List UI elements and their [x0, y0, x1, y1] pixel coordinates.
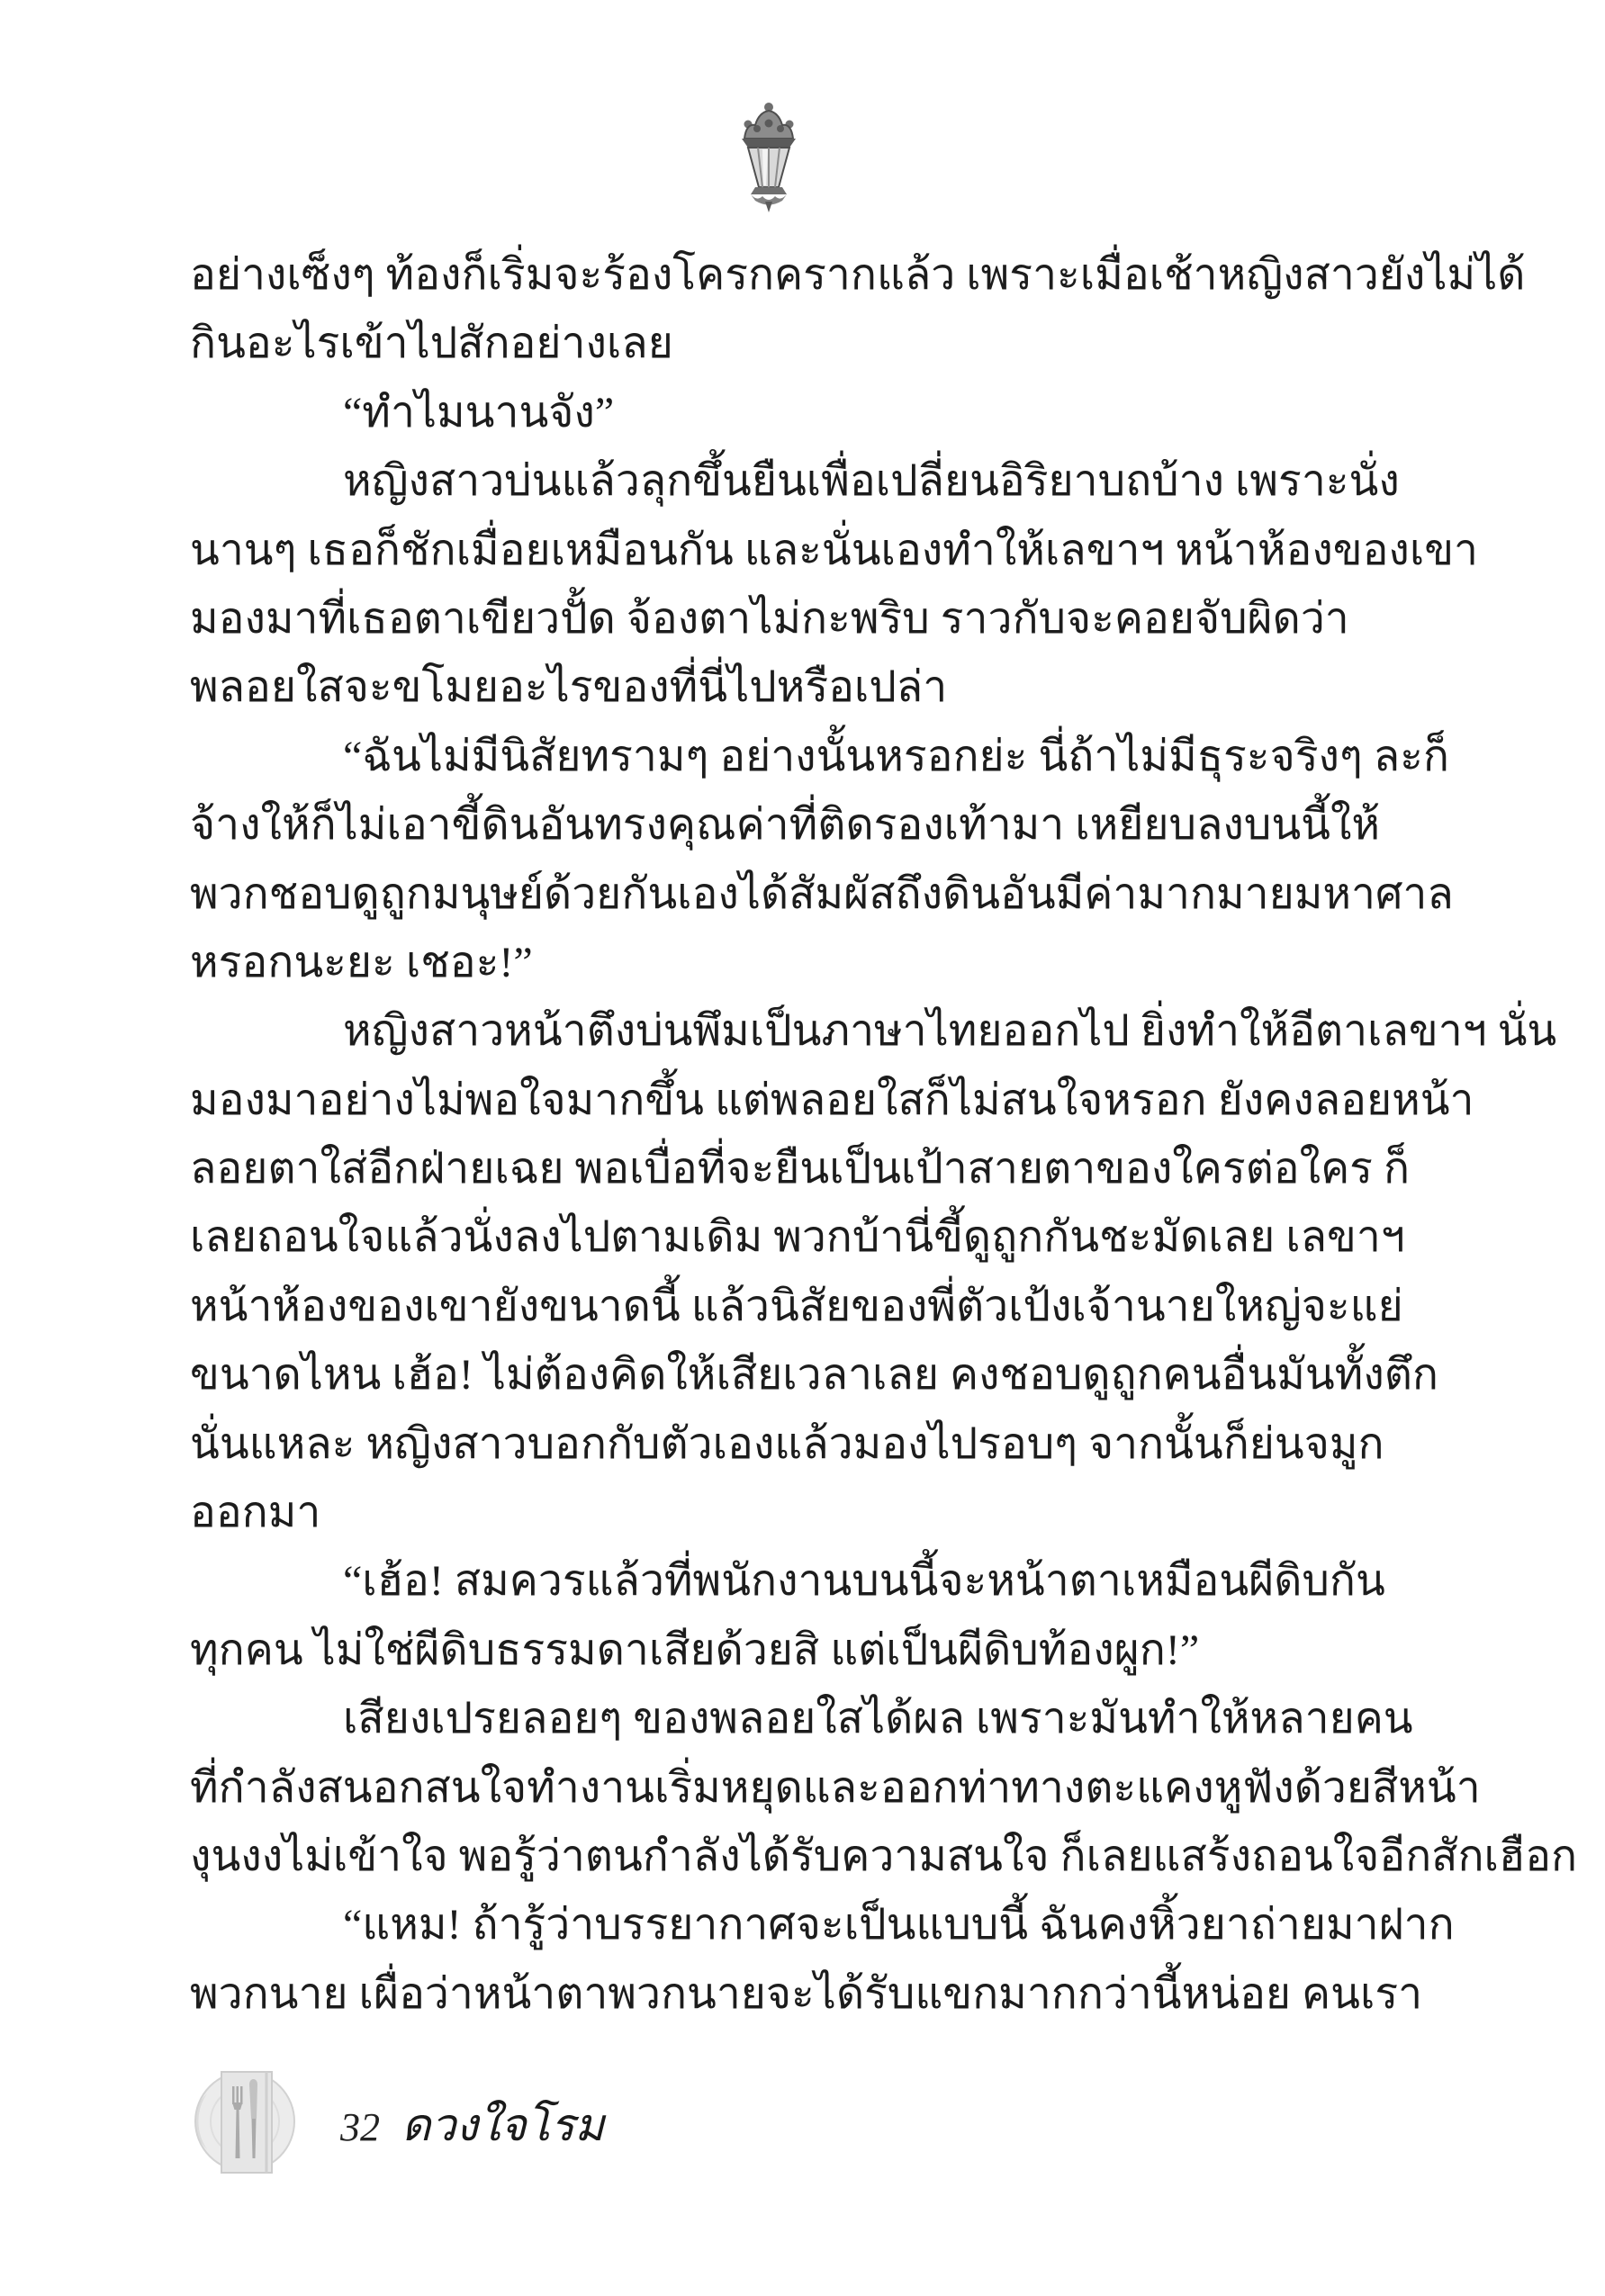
text-line: กินอะไรเข้าไปสักอย่างเลย [190, 310, 1335, 378]
text-line: นานๆ เธอก็ชักเมื่อยเหมือนกัน และนั่นเองท… [190, 517, 1335, 585]
book-title: ดวงใจโรม [401, 2097, 604, 2153]
text-line: อย่างเซ็งๆ ท้องก็เริ่มจะร้องโครกครากแล้ว… [190, 241, 1335, 310]
text-line: พวกชอบดูถูกมนุษย์ด้วยกันเองได้สัมผัสถึงด… [190, 860, 1335, 929]
text-line: หญิงสาวหน้าตึงบ่นพึมเป็นภาษาไทยออกไป ยิ่… [190, 997, 1335, 1066]
page-number: 32 [340, 2102, 380, 2153]
text-line: ขนาดไหน เฮ้อ! ไม่ต้องคิดให้เสียเวลาเลย ค… [190, 1341, 1335, 1409]
text-line: เลยถอนใจแล้วนั่งลงไปตามเดิม พวกบ้านี่ขี้… [190, 1203, 1335, 1272]
plate-cutlery-icon [194, 2066, 295, 2180]
body-text: อย่างเซ็งๆ ท้องก็เริ่มจะร้องโครกครากแล้ว… [190, 241, 1335, 2029]
text-line: “เฮ้อ! สมควรแล้วที่พนักงานบนนี้จะหน้าตาเ… [190, 1547, 1335, 1616]
text-line: พลอยใสจะขโมยอะไรของที่นี่ไปหรือเปล่า [190, 653, 1335, 722]
text-line: หรอกนะยะ เชอะ!” [190, 929, 1335, 997]
text-line: เสียงเปรยลอยๆ ของพลอยใสได้ผล เพราะมันทำใ… [190, 1685, 1335, 1753]
text-line: จ้างให้ก็ไม่เอาขี้ดินอันทรงคุณค่าที่ติดร… [190, 791, 1335, 860]
text-line: มองมาที่เธอตาเขียวปั้ด จ้องตาไม่กะพริบ ร… [190, 585, 1335, 653]
text-line: มองมาอย่างไม่พอใจมากขึ้น แต่พลอยใสก็ไม่ส… [190, 1067, 1335, 1135]
text-line: หญิงสาวบ่นแล้วลุกขึ้นยืนเพื่อเปลี่ยนอิริ… [190, 447, 1335, 516]
book-page: อย่างเซ็งๆ ท้องก็เริ่มจะร้องโครกครากแล้ว… [0, 0, 1605, 2296]
text-line: ลอยตาใส่อีกฝ่ายเฉย พอเบื่อที่จะยืนเป็นเป… [190, 1135, 1335, 1203]
text-line: งุนงงไม่เข้าใจ พอรู้ว่าตนกำลังได้รับความ… [190, 1823, 1335, 1891]
text-line: “ทำไมนานจัง” [190, 379, 1335, 447]
text-line: ทุกคน ไม่ใช่ผีดิบธรรมดาเสียด้วยสิ แต่เป็… [190, 1616, 1335, 1685]
text-line: หน้าห้องของเขายังขนาดนี้ แล้วนิสัยของพี่… [190, 1273, 1335, 1341]
text-line: “ฉันไม่มีนิสัยทรามๆ อย่างนั้นหรอกย่ะ นี่… [190, 723, 1335, 791]
lantern-icon [738, 101, 799, 212]
text-line: นั่นแหละ หญิงสาวบอกกับตัวเองแล้วมองไปรอบ… [190, 1410, 1335, 1479]
text-line: ที่กำลังสนอกสนใจทำงานเริ่มหยุดและออกท่าท… [190, 1754, 1335, 1823]
text-line: ออกมา [190, 1479, 1335, 1547]
text-line: พวกนาย เผื่อว่าหน้าตาพวกนายจะได้รับแขกมา… [190, 1960, 1335, 2029]
text-line: “แหม! ถ้ารู้ว่าบรรยากาศจะเป็นแบบนี้ ฉันค… [190, 1891, 1335, 1959]
